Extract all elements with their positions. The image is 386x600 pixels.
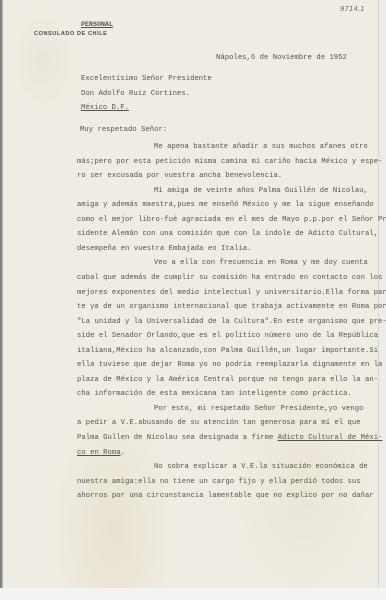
body-line: más;pero por esta petición misma camina … [77, 158, 382, 166]
body-line: ella tuviese que dejar Roma yo no podría… [77, 361, 382, 369]
body-line: plaza de México y la América Central por… [77, 376, 378, 384]
punctuation: . [121, 449, 125, 457]
body-line: ahorros por una circunstancia lamentable… [77, 492, 374, 500]
body-line-text: te ya de un organismo internacional que … [77, 303, 386, 311]
body-line: No sobra explicar a V.E.la situación eco… [154, 463, 368, 471]
body-line-text: cabal que además de cumplir su comisión … [77, 274, 382, 282]
addressee-line: Excelentísimo Señor Presidente [81, 75, 212, 83]
body-line-text: sidente Alemán con una comisión que con … [77, 230, 378, 238]
body-line-text: a pedir a V.E.abusando de su atención ta… [77, 419, 361, 427]
body-line: "La unidad y la Universalidad de la Cult… [77, 318, 386, 326]
salutation: Muy respetado Señor: [80, 126, 167, 134]
body-line-text: como el mejor libro-fué agraciada en el … [77, 216, 386, 224]
body-line: mejores exponentes del medio intelectual… [77, 289, 386, 297]
body-line-text: Veo a ella con frecuencia en Roma y me d… [154, 259, 368, 267]
body-line-text: Me apena bastante añadir a sus muchos af… [154, 143, 368, 151]
underlined-title: Adicto Cultural de Méxi- [278, 434, 383, 442]
body-line: ro ser excusada por vuestra ancha benevo… [77, 172, 282, 180]
addressee-line: Don Adolfo Ruiz Cortines. [81, 90, 190, 98]
body-line-text: Palma Gullen de Nicolau sea designada a … [77, 434, 278, 442]
body-line: co en Roma. [77, 449, 125, 457]
body-line: Mi amiga de veinte años Palma Guillén de… [154, 187, 368, 195]
underlined-title: co en Roma [77, 449, 121, 457]
body-line: italiana,México ha alcanzado,con Palma G… [77, 347, 378, 355]
date-line: Nápoles,6 de Noviembre de 1952 [216, 54, 347, 62]
personal-stamp: PERSONAL [81, 21, 113, 28]
body-line-text: desempeña en vuestra Embajada en Italia. [77, 245, 252, 253]
body-line-text: ahorros por una circunstancia lamentable… [77, 492, 374, 500]
body-line-text: Por esto, mi respetado Señor Presidente,… [154, 405, 363, 413]
body-line-text: Mi amiga de veinte años Palma Guillén de… [154, 187, 368, 195]
body-line-text: italiana,México ha alcanzado,con Palma G… [77, 347, 378, 355]
body-line: Me apena bastante añadir a sus muchos af… [154, 143, 368, 151]
body-line-text: "La unidad y la Universalidad de la Cult… [77, 318, 386, 326]
body-line-text: plaza de México y la América Central por… [77, 376, 378, 384]
body-line: te ya de un organismo internacional que … [77, 303, 386, 311]
body-line-text: ella tuviese que dejar Roma yo no podría… [77, 361, 382, 369]
body-line: como el mejor libro-fué agraciada en el … [77, 216, 386, 224]
body-line: cabal que además de cumplir su comisión … [77, 274, 382, 282]
body-line: Palma Gullen de Nicolau sea designada a … [77, 434, 382, 442]
body-line: Por esto, mi respetado Señor Presidente,… [154, 405, 363, 413]
archive-number: 9714.1 [340, 5, 365, 13]
body-line-text: ro ser excusada por vuestra ancha benevo… [77, 172, 282, 180]
letterhead: CONSULADO DE CHILE [34, 31, 107, 37]
body-line-text: side el Senador Orlando,que es el políti… [77, 332, 378, 340]
body-line-text: cha información de esta mexicana tan int… [77, 390, 352, 398]
body-line: desempeña en vuestra Embajada en Italia. [77, 245, 252, 253]
body-line: a pedir a V.E.abusando de su atención ta… [77, 419, 361, 427]
body-line-text: nuestra amiga:ella no tiene un cargo fij… [77, 478, 361, 486]
body-line: cha información de esta mexicana tan int… [77, 390, 352, 398]
body-line-text: mejores exponentes del medio intelectual… [77, 289, 386, 297]
body-line-text: amiga y además maestra,pues me enseñó Mé… [77, 201, 374, 209]
body-line: side el Senador Orlando,que es el políti… [77, 332, 378, 340]
scan-bottom-strip [0, 588, 386, 600]
body-line: sidente Alemán con una comisión que con … [77, 230, 378, 238]
body-line: amiga y además maestra,pues me enseñó Mé… [77, 201, 374, 209]
body-line-text: No sobra explicar a V.E.la situación eco… [154, 463, 368, 471]
body-line-text: más;pero por esta petición misma camina … [77, 158, 382, 166]
addressee-line: México D.F. [81, 104, 129, 112]
body-line: Veo a ella con frecuencia en Roma y me d… [154, 259, 368, 267]
body-line: nuestra amiga:ella no tiene un cargo fij… [77, 478, 361, 486]
